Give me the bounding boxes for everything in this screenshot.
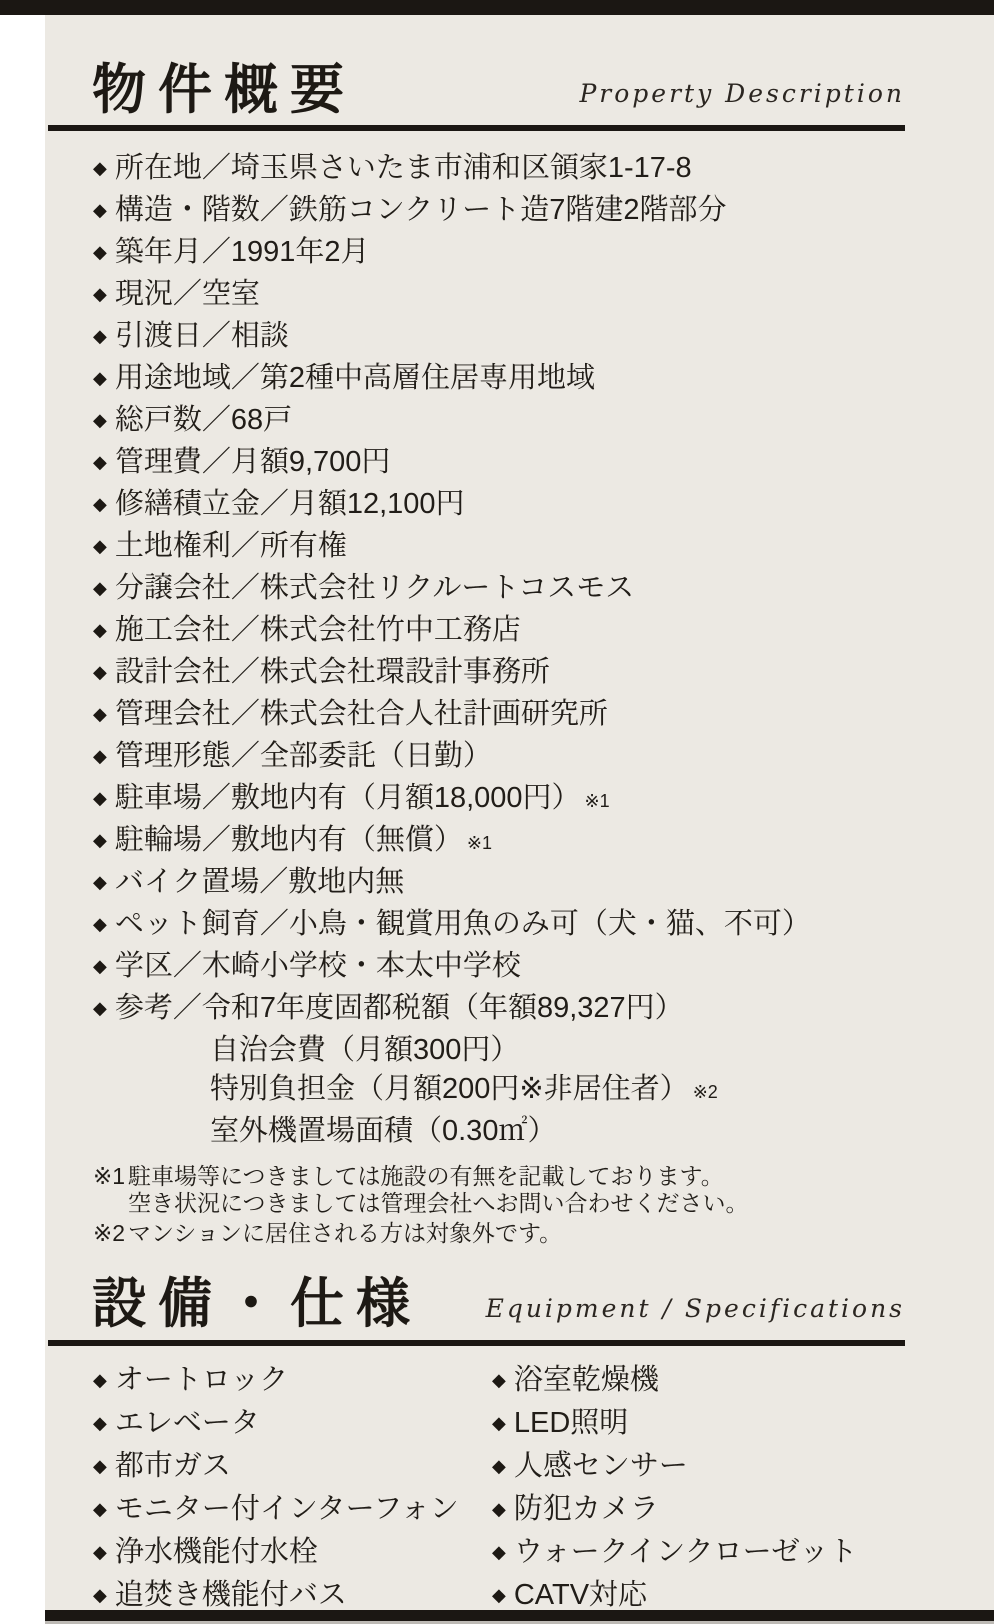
diamond-bullet-icon: ◆ — [93, 317, 107, 356]
equipment-item: ◆防犯カメラ — [492, 1489, 858, 1532]
property-item-text: 総戸数／68戸 — [115, 404, 292, 436]
property-item-text: 用途地域／第2種中高層住居専用地域 — [115, 362, 595, 394]
equipment-item: ◆浴室乾燥機 — [492, 1360, 858, 1403]
property-item: ◆築年月／1991年2月 — [93, 233, 974, 275]
equipment-list-left: ◆オートロック◆エレベータ◆都市ガス◆モニター付インターフォン◆浄水機能付水栓◆… — [93, 1360, 492, 1618]
property-item: ◆ペット飼育／小鳥・観賞用魚のみ可（犬・猫、不可） — [93, 905, 974, 947]
property-item-text: 所在地／埼玉県さいたま市浦和区領家1-17-8 — [115, 152, 692, 184]
property-item-text: 駐車場／敷地内有（月額18,000円） — [115, 782, 581, 814]
property-item-continuation: 特別負担金（月額200円※非居住者）※2 — [210, 1070, 974, 1112]
property-item-row: ◆参考／令和7年度固都税額（年額89,327円） — [93, 989, 974, 1031]
property-item-text: ペット飼育／小鳥・観賞用魚のみ可（犬・猫、不可） — [115, 908, 811, 940]
property-item-text: 設計会社／株式会社環設計事務所 — [115, 656, 550, 688]
property-item-row: ◆管理形態／全部委託（日勤） — [93, 737, 974, 779]
diamond-bullet-icon: ◆ — [93, 149, 107, 188]
property-item: ◆分譲会社／株式会社リクルートコスモス — [93, 569, 974, 611]
property-item-text: 修繕積立金／月額12,100円 — [115, 488, 465, 520]
property-item: ◆所在地／埼玉県さいたま市浦和区領家1-17-8 — [93, 149, 974, 191]
property-item-text: 土地権利／所有権 — [115, 530, 347, 562]
diamond-bullet-icon: ◆ — [93, 275, 107, 314]
equipment-section-title: 設備・仕様 — [92, 1279, 422, 1330]
property-item-row: ◆学区／木崎小学校・本太中学校 — [93, 947, 974, 989]
diamond-bullet-icon: ◆ — [93, 737, 107, 776]
property-item: ◆学区／木崎小学校・本太中学校 — [93, 947, 974, 989]
equipment-item-text: 都市ガス — [115, 1450, 231, 1482]
diamond-bullet-icon: ◆ — [93, 779, 107, 818]
equipment-section-header: 設備・仕様 Equipment / Specifications — [92, 1279, 905, 1330]
property-item: ◆総戸数／68戸 — [93, 401, 974, 443]
property-item: ◆用途地域／第2種中高層住居専用地域 — [93, 359, 974, 401]
property-item-text: 室外機置場面積（0.30㎡） — [210, 1115, 556, 1147]
property-item: ◆駐車場／敷地内有（月額18,000円）※1 — [93, 779, 974, 821]
property-item-text: 参考／令和7年度固都税額（年額89,327円） — [115, 992, 684, 1024]
property-item: ◆参考／令和7年度固都税額（年額89,327円）自治会費（月額300円）特別負担… — [93, 989, 974, 1151]
property-item-text: 現況／空室 — [115, 278, 260, 310]
diamond-bullet-icon: ◆ — [93, 863, 107, 902]
property-item: ◆施工会社／株式会社竹中工務店 — [93, 611, 974, 653]
equipment-item: ◆ウォークインクローゼット — [492, 1532, 858, 1575]
property-item-row: ◆土地権利／所有権 — [93, 527, 974, 569]
equipment-item-text: エレベータ — [115, 1407, 260, 1439]
property-item: ◆引渡日／相談 — [93, 317, 974, 359]
property-item-continuation: 自治会費（月額300円） — [210, 1031, 974, 1070]
property-item-row: ◆分譲会社／株式会社リクルートコスモス — [93, 569, 974, 611]
property-item: ◆修繕積立金／月額12,100円 — [93, 485, 974, 527]
property-detail-list: ◆所在地／埼玉県さいたま市浦和区領家1-17-8◆構造・階数／鉄筋コンクリート造… — [93, 149, 974, 1151]
property-item: ◆管理費／月額9,700円 — [93, 443, 974, 485]
footnotes-block: ※1駐車場等につきましては施設の有無を記載しております。空き状況につきましては管… — [93, 1163, 974, 1247]
equipment-item-text: 防犯カメラ — [514, 1493, 659, 1525]
property-item-continuation: 室外機置場面積（0.30㎡） — [210, 1112, 974, 1151]
footnote: ※2マンションに居住される方は対象外です。 — [93, 1220, 974, 1247]
equipment-item: ◆LED照明 — [492, 1403, 858, 1446]
property-item-row: ◆総戸数／68戸 — [93, 401, 974, 443]
footnote-lines: 駐車場等につきましては施設の有無を記載しております。空き状況につきましては管理会… — [128, 1163, 974, 1217]
property-heading-rule — [48, 125, 905, 131]
equipment-item-text: CATV対応 — [514, 1579, 647, 1611]
diamond-bullet-icon: ◆ — [93, 401, 107, 440]
diamond-bullet-icon: ◆ — [93, 527, 107, 566]
property-item-text: 分譲会社／株式会社リクルートコスモス — [115, 572, 634, 604]
diamond-bullet-icon: ◆ — [492, 1360, 506, 1400]
property-item-text: 学区／木崎小学校・本太中学校 — [115, 950, 521, 982]
equipment-item-text: 追焚き機能付バス — [115, 1579, 347, 1611]
property-item-text: 築年月／1991年2月 — [115, 236, 370, 268]
property-item-row: ◆ペット飼育／小鳥・観賞用魚のみ可（犬・猫、不可） — [93, 905, 974, 947]
diamond-bullet-icon: ◆ — [492, 1575, 506, 1615]
property-item: ◆管理会社／株式会社合人社計画研究所 — [93, 695, 974, 737]
footnote-line: 駐車場等につきましては施設の有無を記載しております。 — [128, 1163, 974, 1190]
bottom-border-bar — [45, 1610, 994, 1621]
diamond-bullet-icon: ◆ — [492, 1446, 506, 1486]
equipment-item: ◆人感センサー — [492, 1446, 858, 1489]
diamond-bullet-icon: ◆ — [93, 905, 107, 944]
equipment-item-text: ウォークインクローゼット — [514, 1536, 858, 1568]
property-item-text: 構造・階数／鉄筋コンクリート造7階建2階部分 — [115, 194, 727, 226]
equipment-list-right: ◆浴室乾燥機◆LED照明◆人感センサー◆防犯カメラ◆ウォークインクローゼット◆C… — [492, 1360, 858, 1618]
equipment-item-text: 人感センサー — [514, 1450, 688, 1482]
diamond-bullet-icon: ◆ — [93, 443, 107, 482]
property-item-text: 管理費／月額9,700円 — [115, 446, 391, 478]
diamond-bullet-icon: ◆ — [492, 1532, 506, 1572]
diamond-bullet-icon: ◆ — [492, 1489, 506, 1529]
footnote-lines: マンションに居住される方は対象外です。 — [128, 1220, 974, 1247]
equipment-heading-rule — [48, 1340, 905, 1346]
paper-background: 物件概要 Property Description ◆所在地／埼玉県さいたま市浦… — [45, 15, 994, 1624]
footnote-label: ※2 — [93, 1220, 128, 1247]
diamond-bullet-icon: ◆ — [93, 191, 107, 230]
diamond-bullet-icon: ◆ — [93, 1532, 107, 1572]
equipment-section: 設備・仕様 Equipment / Specifications ◆オートロック… — [45, 1279, 994, 1617]
property-item-row: ◆構造・階数／鉄筋コンクリート造7階建2階部分 — [93, 191, 974, 233]
diamond-bullet-icon: ◆ — [93, 821, 107, 860]
property-item-text: 管理形態／全部委託（日勤） — [115, 740, 492, 772]
equipment-item-text: モニター付インターフォン — [115, 1493, 459, 1525]
footnote-line: マンションに居住される方は対象外です。 — [128, 1220, 974, 1247]
property-item-row: ◆所在地／埼玉県さいたま市浦和区領家1-17-8 — [93, 149, 974, 191]
property-item-text: 自治会費（月額300円） — [210, 1034, 519, 1066]
property-item-row: ◆現況／空室 — [93, 275, 974, 317]
equipment-item: ◆オートロック — [93, 1360, 492, 1403]
diamond-bullet-icon: ◆ — [93, 695, 107, 734]
diamond-bullet-icon: ◆ — [93, 947, 107, 986]
diamond-bullet-icon: ◆ — [93, 1489, 107, 1529]
top-border-bar — [0, 0, 994, 15]
property-section-title: 物件概要 — [92, 65, 356, 116]
footnote-label: ※1 — [93, 1163, 128, 1217]
diamond-bullet-icon: ◆ — [93, 359, 107, 398]
equipment-item: ◆都市ガス — [93, 1446, 492, 1489]
property-item-row: ◆用途地域／第2種中高層住居専用地域 — [93, 359, 974, 401]
property-item: ◆バイク置場／敷地内無 — [93, 863, 974, 905]
property-item: ◆土地権利／所有権 — [93, 527, 974, 569]
diamond-bullet-icon: ◆ — [93, 611, 107, 650]
equipment-item-text: 浄水機能付水栓 — [115, 1536, 318, 1568]
equipment-section-subtitle-english: Equipment / Specifications — [486, 1294, 905, 1331]
diamond-bullet-icon: ◆ — [93, 1446, 107, 1486]
property-item-row: ◆設計会社／株式会社環設計事務所 — [93, 653, 974, 695]
footnote-line: 空き状況につきましては管理会社へお問い合わせください。 — [128, 1190, 974, 1217]
property-item-text: 管理会社／株式会社合人社計画研究所 — [115, 698, 608, 730]
property-item-row: ◆管理費／月額9,700円 — [93, 443, 974, 485]
property-section-header: 物件概要 Property Description — [92, 15, 905, 116]
equipment-item-text: オートロック — [115, 1364, 288, 1396]
equipment-item: ◆浄水機能付水栓 — [93, 1532, 492, 1575]
footnote: ※1駐車場等につきましては施設の有無を記載しております。空き状況につきましては管… — [93, 1163, 974, 1217]
diamond-bullet-icon: ◆ — [93, 653, 107, 692]
property-item: ◆設計会社／株式会社環設計事務所 — [93, 653, 974, 695]
property-overview-section: 物件概要 Property Description ◆所在地／埼玉県さいたま市浦… — [45, 15, 994, 1247]
diamond-bullet-icon: ◆ — [93, 1575, 107, 1615]
property-item-text: 引渡日／相談 — [115, 320, 289, 352]
equipment-item: ◆エレベータ — [93, 1403, 492, 1446]
property-item-row: ◆施工会社／株式会社竹中工務店 — [93, 611, 974, 653]
property-item-row: ◆管理会社／株式会社合人社計画研究所 — [93, 695, 974, 737]
property-item: ◆構造・階数／鉄筋コンクリート造7階建2階部分 — [93, 191, 974, 233]
property-item: ◆管理形態／全部委託（日勤） — [93, 737, 974, 779]
equipment-columns: ◆オートロック◆エレベータ◆都市ガス◆モニター付インターフォン◆浄水機能付水栓◆… — [93, 1360, 994, 1618]
footnote-marker: ※1 — [467, 833, 492, 853]
equipment-item: ◆モニター付インターフォン — [93, 1489, 492, 1532]
property-item-row: ◆築年月／1991年2月 — [93, 233, 974, 275]
equipment-item-text: 浴室乾燥機 — [514, 1364, 659, 1396]
property-item-text: 施工会社／株式会社竹中工務店 — [115, 614, 521, 646]
property-item-text: 駐輪場／敷地内有（無償） — [115, 824, 463, 856]
property-item-row: ◆修繕積立金／月額12,100円 — [93, 485, 974, 527]
property-item: ◆駐輪場／敷地内有（無償）※1 — [93, 821, 974, 863]
property-item-row: ◆駐輪場／敷地内有（無償）※1 — [93, 821, 974, 863]
property-item-row: ◆引渡日／相談 — [93, 317, 974, 359]
diamond-bullet-icon: ◆ — [492, 1403, 506, 1443]
property-item-row: ◆バイク置場／敷地内無 — [93, 863, 974, 905]
equipment-item-text: LED照明 — [514, 1407, 628, 1439]
footnote-marker: ※2 — [693, 1082, 718, 1102]
diamond-bullet-icon: ◆ — [93, 569, 107, 608]
diamond-bullet-icon: ◆ — [93, 233, 107, 272]
diamond-bullet-icon: ◆ — [93, 1403, 107, 1443]
property-section-subtitle-english: Property Description — [579, 79, 905, 116]
property-item-text: 特別負担金（月額200円※非居住者） — [210, 1073, 689, 1105]
diamond-bullet-icon: ◆ — [93, 485, 107, 524]
property-item-row: ◆駐車場／敷地内有（月額18,000円）※1 — [93, 779, 974, 821]
diamond-bullet-icon: ◆ — [93, 1360, 107, 1400]
property-flyer-page: 物件概要 Property Description ◆所在地／埼玉県さいたま市浦… — [0, 0, 994, 1624]
property-item: ◆現況／空室 — [93, 275, 974, 317]
property-item-text: バイク置場／敷地内無 — [115, 866, 404, 898]
footnote-marker: ※1 — [585, 791, 610, 811]
diamond-bullet-icon: ◆ — [93, 989, 107, 1028]
